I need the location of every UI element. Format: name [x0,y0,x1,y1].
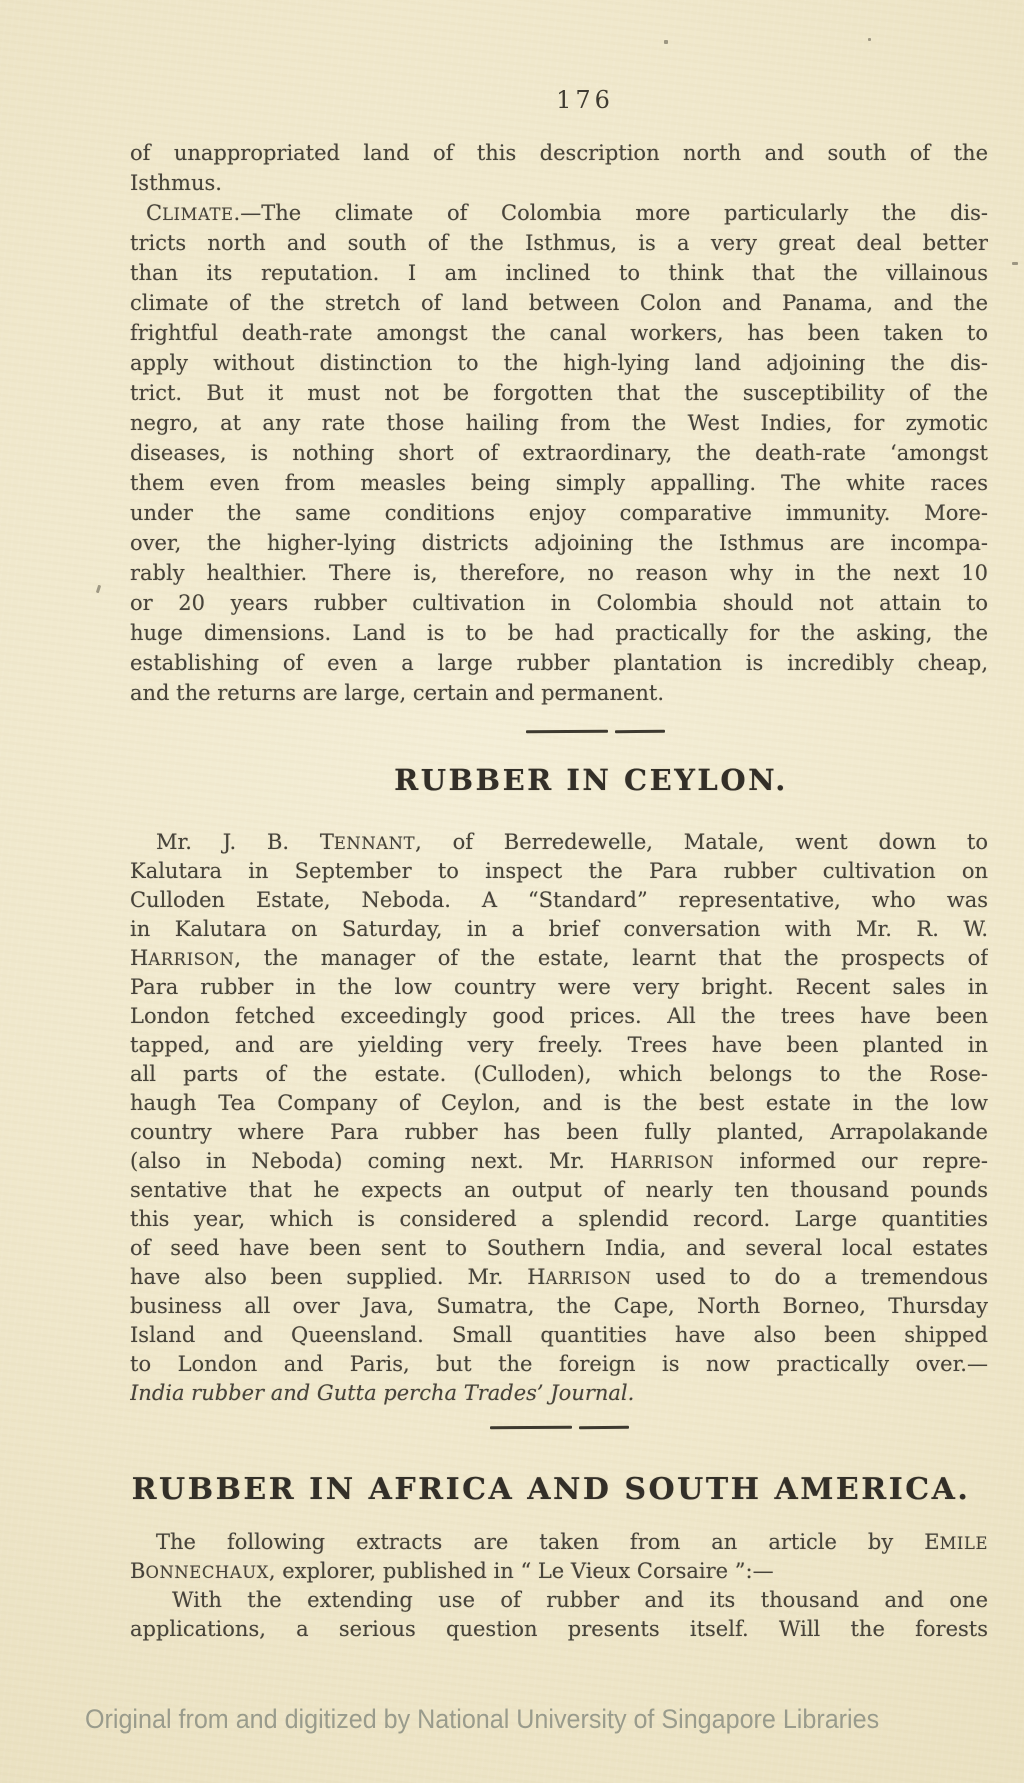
text-line: in Kalutara on Saturday, in a brief conv… [130,915,988,944]
text-line: Para rubber in the low country were very… [130,973,988,1002]
text-line: frightful death-rate amongst the canal w… [130,318,988,348]
text-line: negro, at any rate those hailing from th… [130,408,988,438]
text-line: tricts north and south of the Isthmus, i… [130,228,988,258]
section-divider [166,730,1024,733]
text-line: under the same conditions enjoy comparat… [130,498,988,528]
divider-segment [614,730,664,734]
text-line: over, the higher-lying districts adjoini… [130,528,988,558]
text-line: CLIMATE.—The climate of Colombia more pa… [130,198,988,228]
text-line: country where Para rubber has been fully… [130,1118,988,1147]
text-line: tapped, and are yielding very freely. Tr… [130,1031,988,1060]
scan-speck [1012,262,1018,265]
text-line: and the returns are large, certain and p… [130,678,988,708]
text-line: With the extending use of rubber and its… [130,1586,988,1615]
text-line: applications, a serious question present… [130,1615,988,1644]
text-line: trict. But it must not be forgotten that… [130,378,988,408]
scan-speck [96,585,101,594]
digitization-watermark: Original from and digitized by National … [85,1704,879,1735]
page-scan: 176 of unappropriated land of this descr… [0,0,1024,1783]
text-line: sentative that he expects an output of n… [130,1176,988,1205]
text-line: The following extracts are taken from an… [130,1528,988,1557]
text-line: India rubber and Gutta percha Trades’ Jo… [130,1379,988,1408]
text-line: Isthmus. [130,168,988,198]
africa-paragraph: The following extracts are taken from an… [130,1528,988,1644]
text-line: business all over Java, Sumatra, the Cap… [130,1292,988,1321]
text-line: HARRISON, the manager of the estate, lea… [130,944,988,973]
text-line: have also been supplied. Mr. HARRISON us… [130,1263,988,1292]
text-line: of seed have been sent to Southern India… [130,1234,988,1263]
text-line: diseases, is nothing short of extraordin… [130,438,988,468]
scan-speck [664,40,668,44]
text-line: apply without distinction to the high-ly… [130,348,988,378]
text-line: all parts of the estate. (Culloden), whi… [130,1060,988,1089]
text-line: Mr. J. B. TENNANT, of Berredewelle, Mata… [130,828,988,857]
ceylon-heading: RUBBER IN CEYLON. [162,763,1020,797]
text-line: haugh Tea Company of Ceylon, and is the … [130,1089,988,1118]
text-line: (also in Neboda) coming next. Mr. HARRIS… [130,1147,988,1176]
text-line: them even from measles being simply appa… [130,468,988,498]
intro-paragraph: of unappropriated land of this descripti… [130,138,988,708]
page-number: 176 [156,86,1014,114]
text-line: London fetched exceedingly good prices. … [130,1002,988,1031]
text-line: BONNECHAUX, explorer, published in “ Le … [130,1557,988,1586]
divider-segment [578,1426,628,1430]
divider-segment [525,730,607,734]
text-line: than its reputation. I am inclined to th… [130,258,988,288]
text-line: or 20 years rubber cultivation in Colomb… [130,588,988,618]
text-line: establishing of even a large rubber plan… [130,648,988,678]
text-line: climate of the stretch of land between C… [130,288,988,318]
ceylon-paragraph: Mr. J. B. TENNANT, of Berredewelle, Mata… [130,828,988,1408]
text-line: Kalutara in September to inspect the Par… [130,857,988,886]
text-line: of unappropriated land of this descripti… [130,138,988,168]
text-line: huge dimensions. Land is to be had pract… [130,618,988,648]
scan-speck [868,38,871,41]
text-line: to London and Paris, but the foreign is … [130,1350,988,1379]
text-line: Island and Queensland. Small quantities … [130,1321,988,1350]
text-line: Culloden Estate, Neboda. A “Standard” re… [130,886,988,915]
text-line: this year, which is considered a splendi… [130,1205,988,1234]
divider-segment [489,1426,571,1430]
africa-heading: RUBBER IN AFRICA AND SOUTH AMERICA. [122,1472,980,1507]
text-line: rably healthier. There is, therefore, no… [130,558,988,588]
section-divider [130,1426,988,1429]
